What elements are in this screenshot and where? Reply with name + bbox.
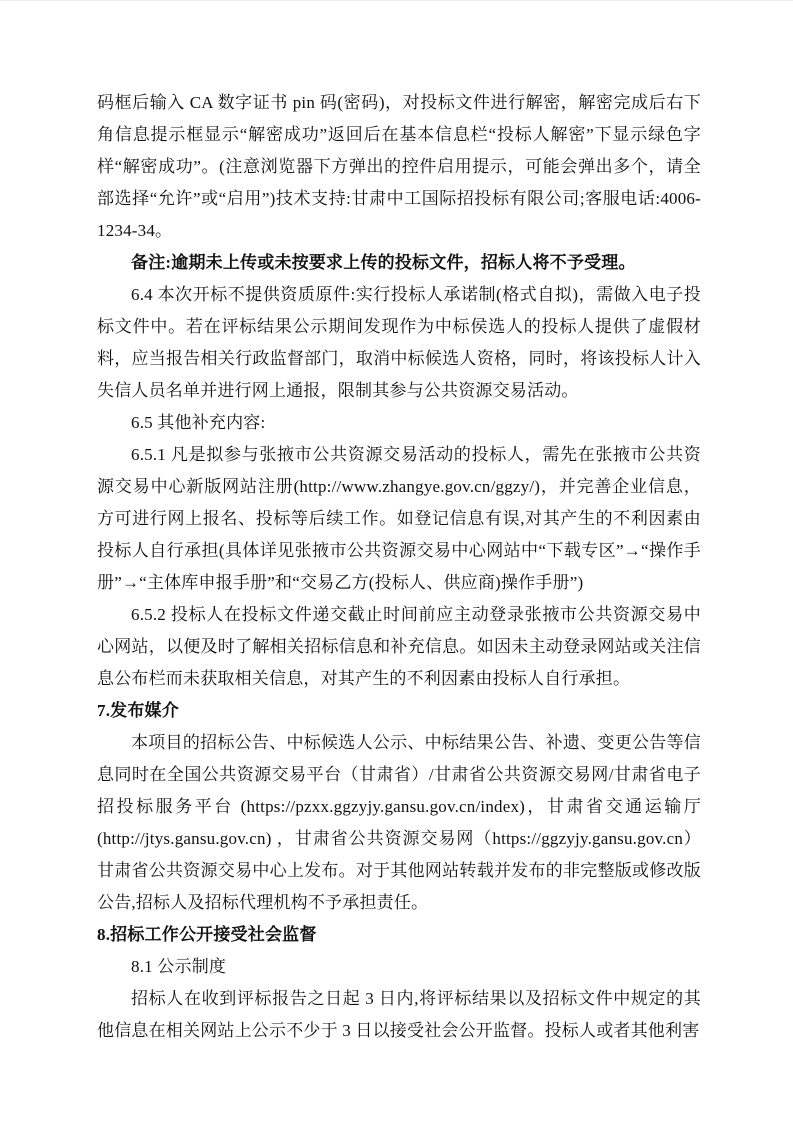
para-7-media: 本项目的招标公告、中标候选人公示、中标结果公告、补遗、变更公告等信息同时在全国公… <box>97 727 701 919</box>
para-6-5: 6.5 其他补充内容: <box>97 407 701 439</box>
para-8-1-title: 8.1 公示制度 <box>97 951 701 983</box>
heading-section-8: 8.招标工作公开接受社会监督 <box>97 919 701 951</box>
note-overdue-upload: 备注:逾期未上传或未按要求上传的投标文件，招标人将不予受理。 <box>97 247 701 279</box>
document-page: 码框后输入 CA 数字证书 pin 码(密码)，对投标文件进行解密，解密完成后右… <box>0 0 793 1122</box>
para-6-5-1: 6.5.1 凡是拟参与张掖市公共资源交易活动的投标人，需先在张掖市公共资源交易中… <box>97 439 701 599</box>
para-6-5-2: 6.5.2 投标人在投标文件递交截止时间前应主动登录张掖市公共资源交易中心网站，… <box>97 599 701 695</box>
para-8-1-body: 招标人在收到评标报告之日起 3 日内,将评标结果以及招标文件中规定的其他信息在相… <box>97 983 701 1047</box>
document-body: 码框后输入 CA 数字证书 pin 码(密码)，对投标文件进行解密，解密完成后右… <box>97 87 701 1047</box>
para-6-4: 6.4 本次开标不提供资质原件:实行投标人承诺制(格式自拟)，需做入电子投标文件… <box>97 279 701 407</box>
para-decrypt-instructions: 码框后输入 CA 数字证书 pin 码(密码)，对投标文件进行解密，解密完成后右… <box>97 87 701 247</box>
heading-section-7: 7.发布媒介 <box>97 695 701 727</box>
